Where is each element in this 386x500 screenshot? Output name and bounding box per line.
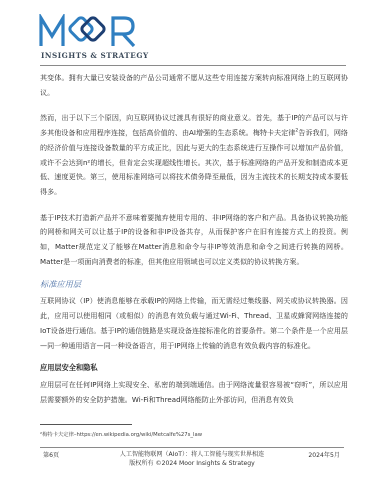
header-divider (40, 65, 346, 66)
logo-subtitle: INSIGHTS & STRATEGY (41, 51, 149, 60)
section-heading-standard-app-layer: 标准应用层 (40, 277, 348, 291)
moor-wordmark-icon (39, 14, 139, 48)
moor-logo: INSIGHTS & STRATEGY (39, 14, 139, 64)
footer-divider (40, 447, 344, 448)
paragraph-intro: 其变体。拥有大量已安装设备的产品公司通常不愿从这些专用连接方案转向标准网络上的互… (40, 71, 348, 100)
paragraph-standard-app-layer: 互联网协议（IP）使消息能够在承载IP的网络上传输，而无需经过集线器、网关或协议… (40, 294, 348, 353)
publish-date: 2024年5月 (308, 450, 340, 459)
paragraph-text: 告诉我们，网络的经济价值与连接设备数量的平方成正比，因此与更大的生态系统进行互操… (40, 128, 348, 196)
paragraph-security-privacy: 应用层可在任何IP网络上实现安全、私密的端到端通信。由于网络流量很容易被“窃听”… (40, 378, 348, 407)
footer-center: 人工智能物联网（AIoT）：将人工智能与现实世界相连 版权所有 ©2024 Mo… (40, 450, 344, 468)
footnote[interactable]: ²梅特卡夫定律–https://en.wikipedia.org/wiki/Me… (40, 430, 202, 438)
footnote-divider (40, 424, 132, 425)
section-heading-security-privacy: 应用层安全和隐私 (40, 361, 348, 375)
document-title: 人工智能物联网（AIoT）：将人工智能与现实世界相连 (40, 450, 344, 459)
paragraph-bridges: 基于IP技术打造新产品并不意味着要抛弃使用专用的、非IP网络的客户和产品。具备协… (40, 211, 348, 270)
document-body: 其变体。拥有大量已安装设备的产品公司通常不愿从这些专用连接方案转向标准网络上的互… (40, 71, 348, 408)
paragraph-business-reasons: 然而，出于以下三个原因，向互联网协议过渡具有很好的商业意义。首先，基于IP的产品… (40, 111, 348, 199)
copyright: 版权所有 ©2024 Moor Insights & Strategy (40, 459, 344, 468)
